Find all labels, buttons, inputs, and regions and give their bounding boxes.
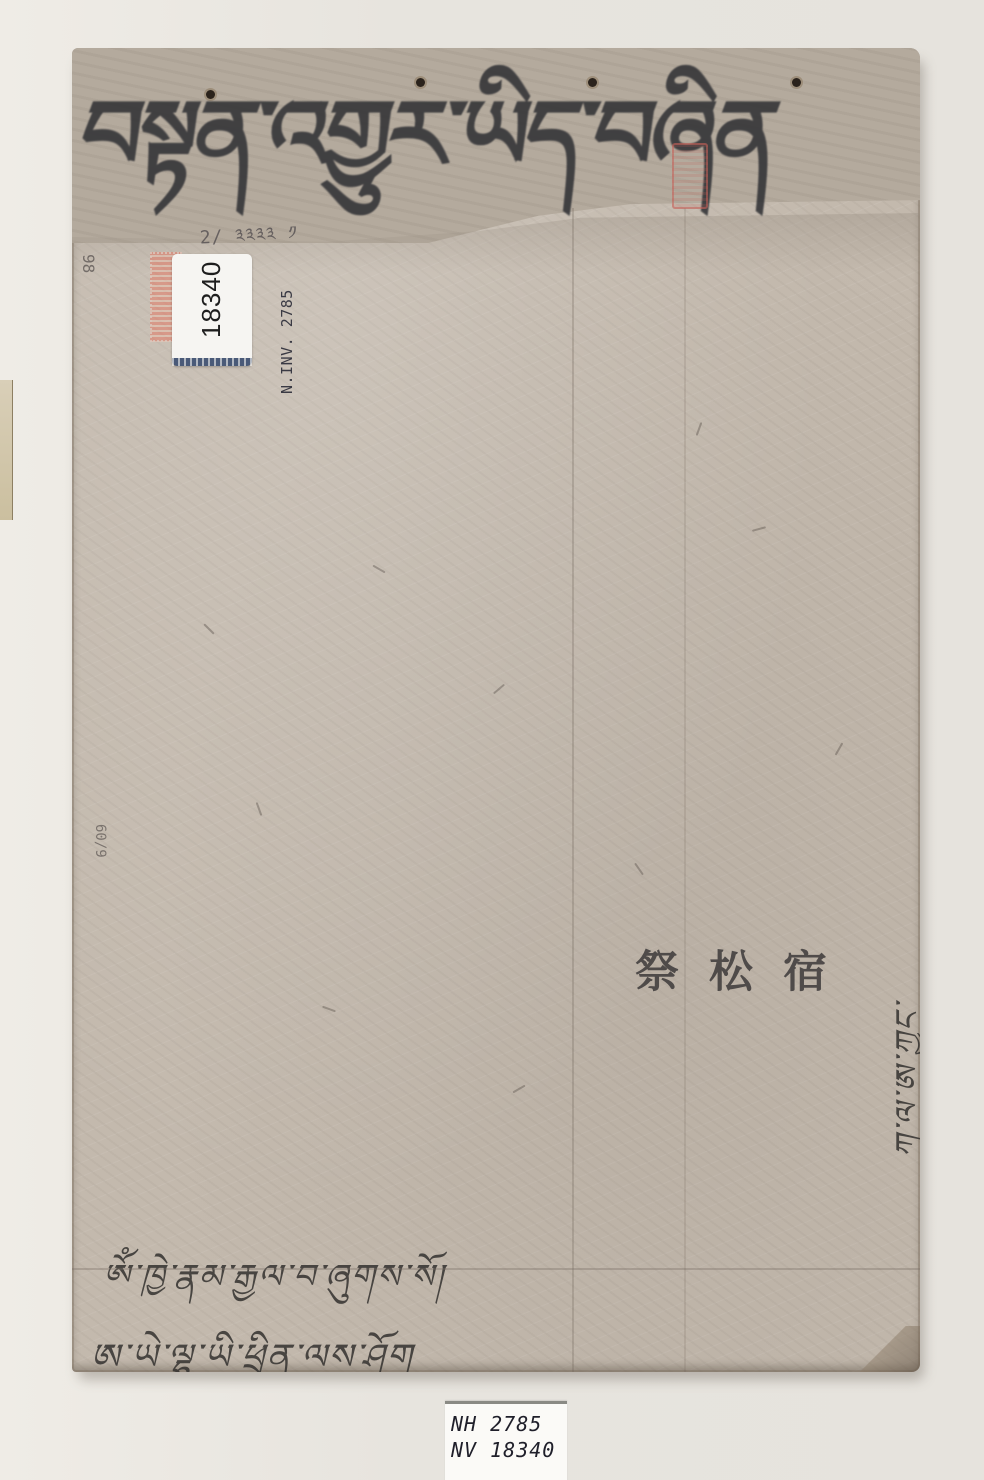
photo-stage: བསྟན་འགྱུར་ཡིད་བཞིན 2/ ༣༣༣༣ ༡ 18340 N.IN…: [0, 0, 984, 1480]
paper-fibre: [493, 684, 505, 695]
fold-crease: [684, 208, 686, 1372]
catalog-label: 18340: [172, 254, 252, 366]
title-character: 松: [694, 948, 758, 992]
label-border-pattern: [172, 358, 252, 366]
paper-fibre: [634, 863, 644, 876]
red-seal-stamp: [672, 143, 708, 209]
archive-slip: NH 2785 NV 18340: [445, 1401, 567, 1480]
title-character: 宿: [768, 948, 832, 992]
paper-fibre: [512, 1085, 525, 1094]
paper-fibre: [256, 802, 263, 816]
edge-mark-mid: 60/9: [92, 824, 108, 858]
edge-mark-top: 98: [79, 254, 98, 273]
repair-seam: [72, 1268, 920, 1270]
vertical-title: 宿 松 祭: [620, 948, 832, 992]
paper-fibre: [835, 742, 844, 755]
title-script-band: བསྟན་འགྱུར་ཡིད་བཞིན: [72, 60, 920, 230]
fold-crease: [572, 208, 574, 1372]
paper-fibre: [696, 422, 703, 436]
handwritten-line: ཀ་ལ་ཨ་ཀྱང་: [872, 1002, 920, 1158]
paper-fibre: [372, 565, 385, 574]
paper-fibre: [322, 1006, 336, 1013]
archive-slip-line-1: NH 2785: [451, 1412, 542, 1436]
catalog-label-number: 18340: [196, 261, 227, 338]
adjacent-volume-edge: [0, 380, 13, 520]
archive-slip-line-2: NV 18340: [451, 1438, 555, 1462]
handwritten-line: ཨ་ཡེ་ལྷ་ཡི་ཕྲིན་ལས་ཤོག: [90, 1316, 413, 1372]
paper-fibre: [752, 526, 766, 532]
title-character: 祭: [620, 948, 684, 992]
worn-corner: [852, 1326, 920, 1372]
inventory-stamp: N.INV. 2785: [278, 289, 296, 394]
book-cover: བསྟན་འགྱུར་ཡིད་བཞིན 2/ ༣༣༣༣ ༡ 18340 N.IN…: [72, 48, 920, 1372]
paper-fibre: [203, 623, 214, 634]
